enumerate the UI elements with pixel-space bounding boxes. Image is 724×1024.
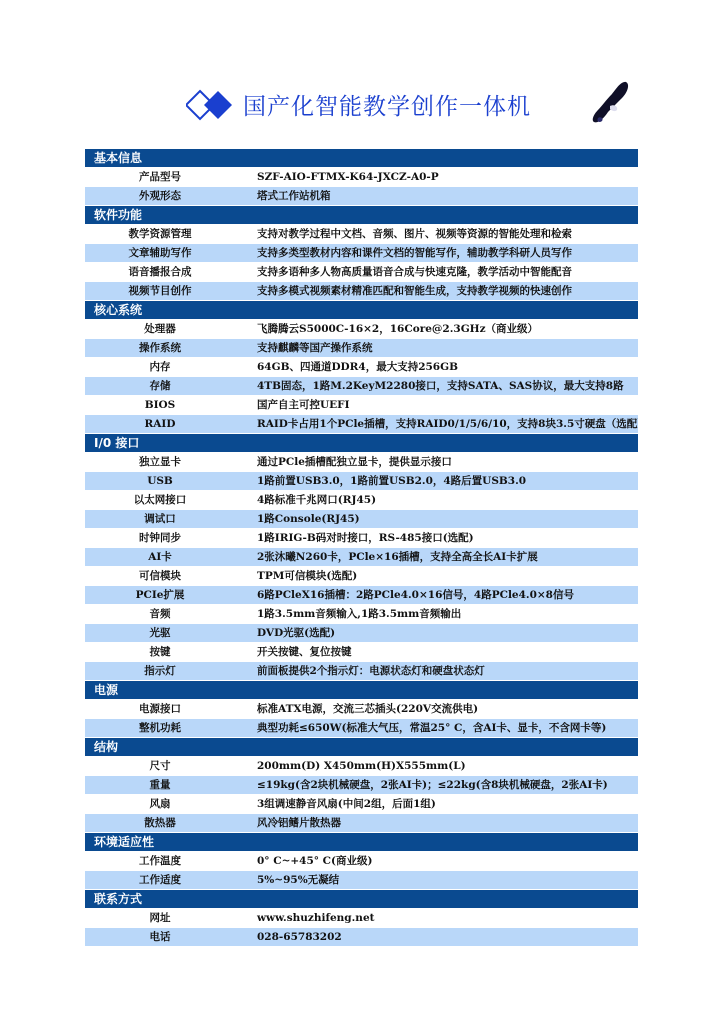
spec-value: 典型功耗≤650W(标准大气压，常温25° C，含AI卡、显卡，不含网卡等) — [235, 719, 638, 737]
table-row: 电话028-65783202 — [85, 928, 638, 946]
table-row: PCIe扩展6路PCleX16插槽：2路PCle4.0×16信号，4路PCle4… — [85, 586, 638, 604]
spec-label: BIOS — [85, 396, 235, 414]
spec-value: 1路IRIG-B码对时接口，RS-485接口(选配) — [235, 529, 638, 547]
spec-value: 1路3.5mm音频输入,1路3.5mm音频输出 — [235, 605, 638, 623]
spec-value: 1路前置USB3.0，1路前置USB2.0，4路后置USB3.0 — [235, 472, 638, 490]
table-row: 外观形态塔式工作站机箱 — [85, 187, 638, 205]
table-row: RAIDRAID卡占用1个PCle插槽，支持RAID0/1/5/6/10，支持8… — [85, 415, 638, 433]
spec-value: 2张沐曦N260卡，PCle×16插槽，支持全高全长AI卡扩展 — [235, 548, 638, 566]
spec-value: 国产自主可控UEFI — [235, 396, 638, 414]
spec-value: 3组调速静音风扇(中间2组，后面1组) — [235, 795, 638, 813]
spec-label: 散热器 — [85, 814, 235, 832]
spec-value: SZF-AIO-FTMX-K64-JXCZ-A0-P — [235, 168, 638, 186]
table-row: 光驱DVD光驱(选配) — [85, 624, 638, 642]
spec-value: ≤19kg(含2块机械硬盘，2张AI卡)；≤22kg(含8块机械硬盘，2张AI卡… — [235, 776, 638, 794]
spec-label: 指示灯 — [85, 662, 235, 680]
spec-label: USB — [85, 472, 235, 490]
spec-value: 通过PCle插槽配独立显卡，提供显示接口 — [235, 453, 638, 471]
spec-value: www.shuzhifeng.net — [235, 909, 638, 927]
spec-value: 支持多语种多人物高质量语音合成与快速克隆，教学活动中智能配音 — [235, 263, 638, 281]
table-row: 时钟同步1路IRIG-B码对时接口，RS-485接口(选配) — [85, 529, 638, 547]
table-row: 可信模块TPM可信模块(选配) — [85, 567, 638, 585]
table-row: 调试口1路Console(RJ45) — [85, 510, 638, 528]
title-area: 国产化智能教学创作一体机 — [0, 80, 724, 130]
spec-label: AI卡 — [85, 548, 235, 566]
spec-label: 尺寸 — [85, 757, 235, 775]
spec-label: 时钟同步 — [85, 529, 235, 547]
spec-label: 整机功耗 — [85, 719, 235, 737]
spec-label: 调试口 — [85, 510, 235, 528]
table-row: 重量≤19kg(含2块机械硬盘，2张AI卡)；≤22kg(含8块机械硬盘，2张A… — [85, 776, 638, 794]
spec-label: 以太网接口 — [85, 491, 235, 509]
table-row: 电源接口标准ATX电源，交流三芯插头(220V交流供电) — [85, 700, 638, 718]
table-row: 教学资源管理支持对教学过程中文档、音频、图片、视频等资源的智能处理和检索 — [85, 225, 638, 243]
spec-value: 1路Console(RJ45) — [235, 510, 638, 528]
spec-label: 语音播报合成 — [85, 263, 235, 281]
table-row: 内存64GB、四通道DDR4，最大支持256GB — [85, 358, 638, 376]
section-header: 核心系统 — [85, 301, 638, 319]
section-header: 联系方式 — [85, 890, 638, 908]
spec-table: 基本信息产品型号SZF-AIO-FTMX-K64-JXCZ-A0-P外观形态塔式… — [85, 149, 638, 947]
spec-value: 风冷铝鳍片散热器 — [235, 814, 638, 832]
spec-value: DVD光驱(选配) — [235, 624, 638, 642]
spec-label: 风扇 — [85, 795, 235, 813]
spec-value: 028-65783202 — [235, 928, 638, 946]
spec-value: 飞腾腾云S5000C-16×2，16Core@2.3GHz（商业级） — [235, 320, 638, 338]
spec-label: 操作系统 — [85, 339, 235, 357]
page-title: 国产化智能教学创作一体机 — [243, 88, 531, 121]
spec-label: 电话 — [85, 928, 235, 946]
spec-value: 200mm(D) X450mm(H)X555mm(L) — [235, 757, 638, 775]
spec-label: 工作温度 — [85, 852, 235, 870]
spec-label: PCIe扩展 — [85, 586, 235, 604]
table-row: USB1路前置USB3.0，1路前置USB2.0，4路后置USB3.0 — [85, 472, 638, 490]
spec-label: 按键 — [85, 643, 235, 661]
table-row: 尺寸200mm(D) X450mm(H)X555mm(L) — [85, 757, 638, 775]
spec-label: 音频 — [85, 605, 235, 623]
spec-value: 6路PCleX16插槽：2路PCle4.0×16信号，4路PCle4.0×8信号 — [235, 586, 638, 604]
section-header: 软件功能 — [85, 206, 638, 224]
table-row: 操作系统支持麒麟等国产操作系统 — [85, 339, 638, 357]
spec-value: 支持麒麟等国产操作系统 — [235, 339, 638, 357]
spec-label: 重量 — [85, 776, 235, 794]
table-row: 处理器飞腾腾云S5000C-16×2，16Core@2.3GHz（商业级） — [85, 320, 638, 338]
table-row: 整机功耗典型功耗≤650W(标准大气压，常温25° C，含AI卡、显卡，不含网卡… — [85, 719, 638, 737]
table-row: 文章辅助写作支持多类型教材内容和课件文档的智能写作，辅助教学科研人员写作 — [85, 244, 638, 262]
eagle-icon — [586, 78, 634, 128]
table-row: AI卡2张沐曦N260卡，PCle×16插槽，支持全高全长AI卡扩展 — [85, 548, 638, 566]
spec-label: 处理器 — [85, 320, 235, 338]
spec-label: RAID — [85, 415, 235, 433]
spec-label: 视频节目创作 — [85, 282, 235, 300]
spec-value: 前面板提供2个指示灯：电源状态灯和硬盘状态灯 — [235, 662, 638, 680]
table-row: 指示灯前面板提供2个指示灯：电源状态灯和硬盘状态灯 — [85, 662, 638, 680]
spec-label: 存储 — [85, 377, 235, 395]
section-header: 基本信息 — [85, 149, 638, 167]
spec-label: 产品型号 — [85, 168, 235, 186]
spec-value: 支持多模式视频素材精准匹配和智能生成，支持教学视频的快速创作 — [235, 282, 638, 300]
spec-value: 4TB固态，1路M.2KeyM2280接口，支持SATA、SAS协议，最大支持8… — [235, 377, 638, 395]
table-row: 网址www.shuzhifeng.net — [85, 909, 638, 927]
spec-label: 教学资源管理 — [85, 225, 235, 243]
spec-label: 网址 — [85, 909, 235, 927]
spec-label: 光驱 — [85, 624, 235, 642]
table-row: 独立显卡通过PCle插槽配独立显卡，提供显示接口 — [85, 453, 638, 471]
spec-label: 独立显卡 — [85, 453, 235, 471]
table-row: 工作适度5%~95%无凝结 — [85, 871, 638, 889]
section-header: 电源 — [85, 681, 638, 699]
table-row: 按键开关按键、复位按键 — [85, 643, 638, 661]
table-row: 以太网接口4路标准千兆网口(RJ45) — [85, 491, 638, 509]
table-row: 视频节目创作支持多模式视频素材精准匹配和智能生成，支持教学视频的快速创作 — [85, 282, 638, 300]
spec-value: 64GB、四通道DDR4，最大支持256GB — [235, 358, 638, 376]
table-row: 语音播报合成支持多语种多人物高质量语音合成与快速克隆，教学活动中智能配音 — [85, 263, 638, 281]
spec-value: 支持对教学过程中文档、音频、图片、视频等资源的智能处理和检索 — [235, 225, 638, 243]
spec-label: 外观形态 — [85, 187, 235, 205]
spec-value: RAID卡占用1个PCle插槽，支持RAID0/1/5/6/10，支持8块3.5… — [235, 415, 638, 433]
spec-value: 塔式工作站机箱 — [235, 187, 638, 205]
section-header: I/0 接口 — [85, 434, 638, 452]
spec-label: 工作适度 — [85, 871, 235, 889]
table-row: 音频1路3.5mm音频输入,1路3.5mm音频输出 — [85, 605, 638, 623]
table-row: 风扇3组调速静音风扇(中间2组，后面1组) — [85, 795, 638, 813]
diamond-logo-icon — [186, 89, 234, 121]
spec-label: 文章辅助写作 — [85, 244, 235, 262]
spec-value: 支持多类型教材内容和课件文档的智能写作，辅助教学科研人员写作 — [235, 244, 638, 262]
spec-value: 开关按键、复位按键 — [235, 643, 638, 661]
spec-label: 可信模块 — [85, 567, 235, 585]
section-header: 环境适应性 — [85, 833, 638, 851]
table-row: 工作温度0° C~+45° C(商业级) — [85, 852, 638, 870]
table-row: 散热器风冷铝鳍片散热器 — [85, 814, 638, 832]
section-header: 结构 — [85, 738, 638, 756]
spec-label: 内存 — [85, 358, 235, 376]
spec-label: 电源接口 — [85, 700, 235, 718]
spec-value: TPM可信模块(选配) — [235, 567, 638, 585]
spec-value: 5%~95%无凝结 — [235, 871, 638, 889]
spec-value: 0° C~+45° C(商业级) — [235, 852, 638, 870]
table-row: 产品型号SZF-AIO-FTMX-K64-JXCZ-A0-P — [85, 168, 638, 186]
spec-value: 4路标准千兆网口(RJ45) — [235, 491, 638, 509]
table-row: 存储4TB固态，1路M.2KeyM2280接口，支持SATA、SAS协议，最大支… — [85, 377, 638, 395]
table-row: BIOS国产自主可控UEFI — [85, 396, 638, 414]
spec-value: 标准ATX电源，交流三芯插头(220V交流供电) — [235, 700, 638, 718]
